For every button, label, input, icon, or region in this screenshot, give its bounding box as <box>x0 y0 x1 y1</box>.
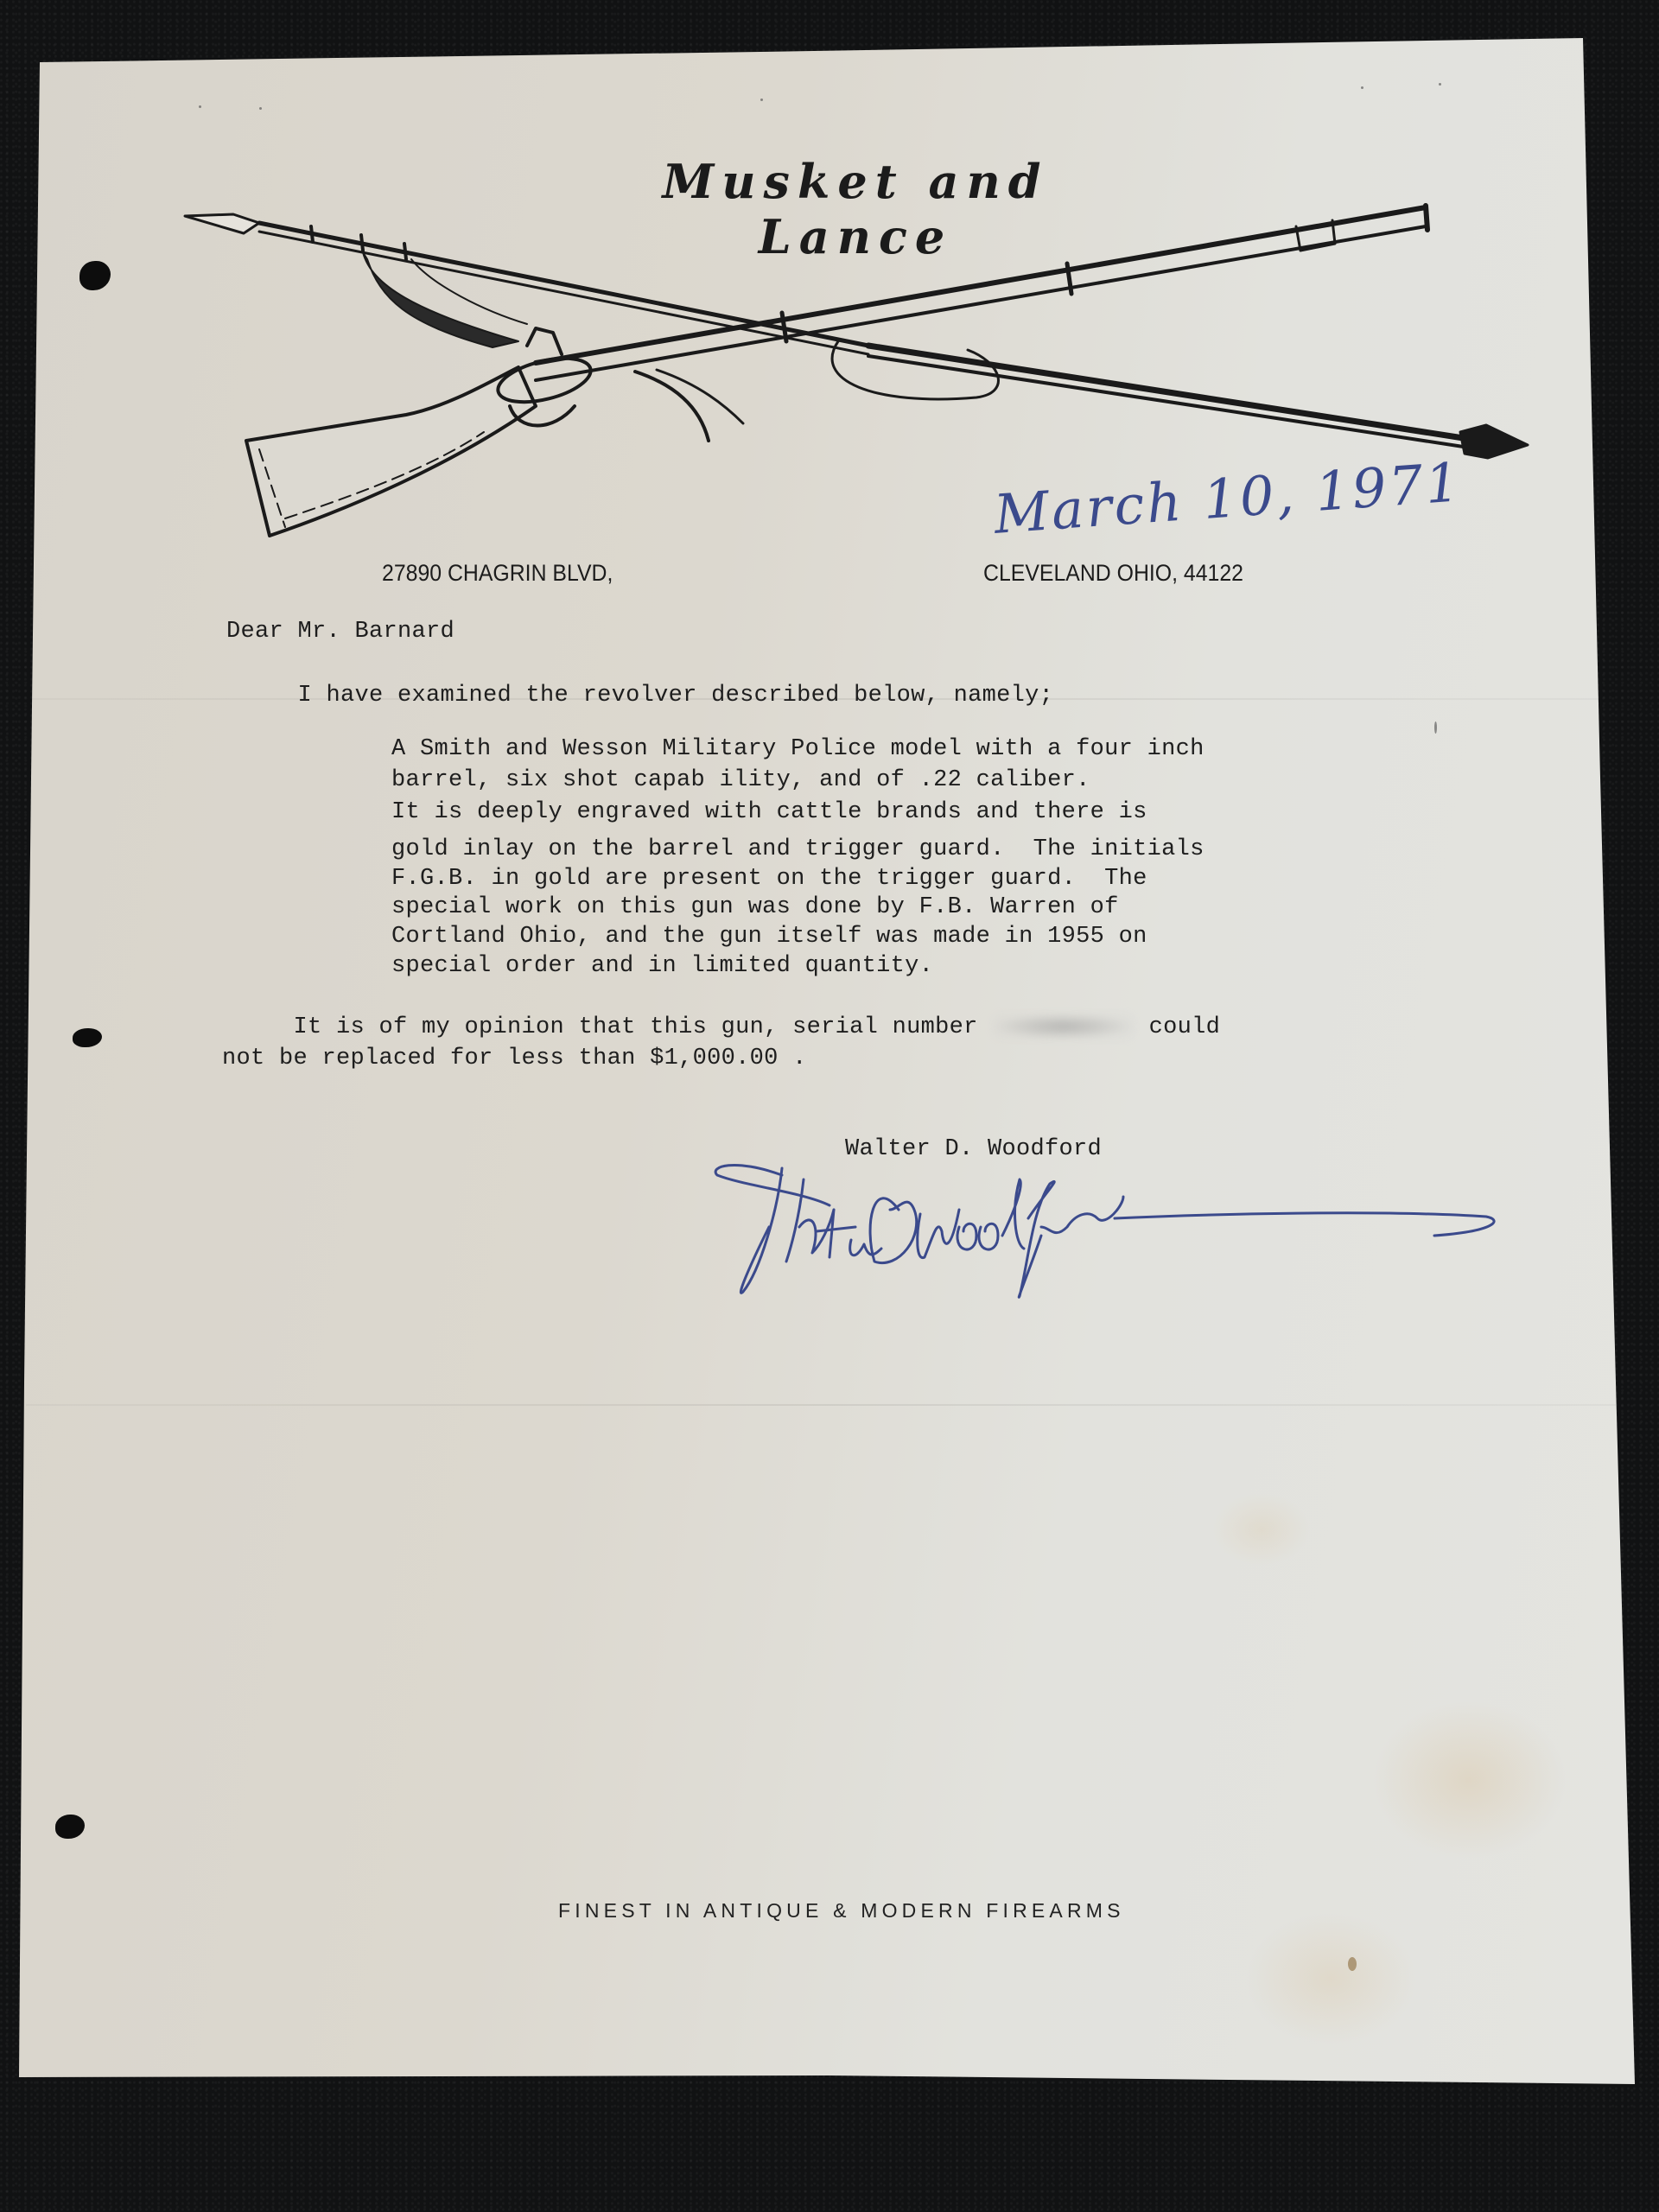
redacted-serial-number <box>992 1014 1135 1039</box>
salutation: Dear Mr. Barnard <box>226 617 454 646</box>
punch-hole <box>79 261 111 290</box>
punch-hole <box>55 1815 85 1839</box>
description-line: special order and in limited quantity. <box>391 951 933 981</box>
opinion-line-2: not be replaced for less than $1,000.00 … <box>222 1044 807 1073</box>
intro-paragraph: I have examined the revolver described b… <box>226 681 1053 710</box>
address-street: 27890 CHAGRIN BLVD, <box>382 560 613 587</box>
punch-hole <box>73 1028 102 1047</box>
fold-crease <box>26 1404 1633 1406</box>
description-line: F.G.B. in gold are present on the trigge… <box>391 864 1147 893</box>
opinion-line-1: It is of my opinion that this gun, seria… <box>222 1013 1220 1042</box>
letter-paper: Musket and Lance <box>0 0 1659 2212</box>
tagline: FINEST IN ANTIQUE & MODERN FIREARMS <box>558 1899 1125 1923</box>
opinion-text: It is of my opinion that this gun, seria… <box>222 1014 992 1040</box>
opinion-text-end: could <box>1135 1014 1220 1040</box>
description-line: gold inlay on the barrel and trigger gua… <box>391 835 1205 864</box>
description-line: barrel, six shot capab ility, and of .22… <box>391 766 1090 795</box>
description-line: special work on this gun was done by F.B… <box>391 893 1119 922</box>
signature-icon <box>709 1158 1503 1313</box>
description-line: A Smith and Wesson Military Police model… <box>391 734 1205 764</box>
description-line: It is deeply engraved with cattle brands… <box>391 798 1147 827</box>
address-city: CLEVELAND OHIO, 44122 <box>983 560 1243 587</box>
description-line: Cortland Ohio, and the gun itself was ma… <box>391 922 1147 951</box>
